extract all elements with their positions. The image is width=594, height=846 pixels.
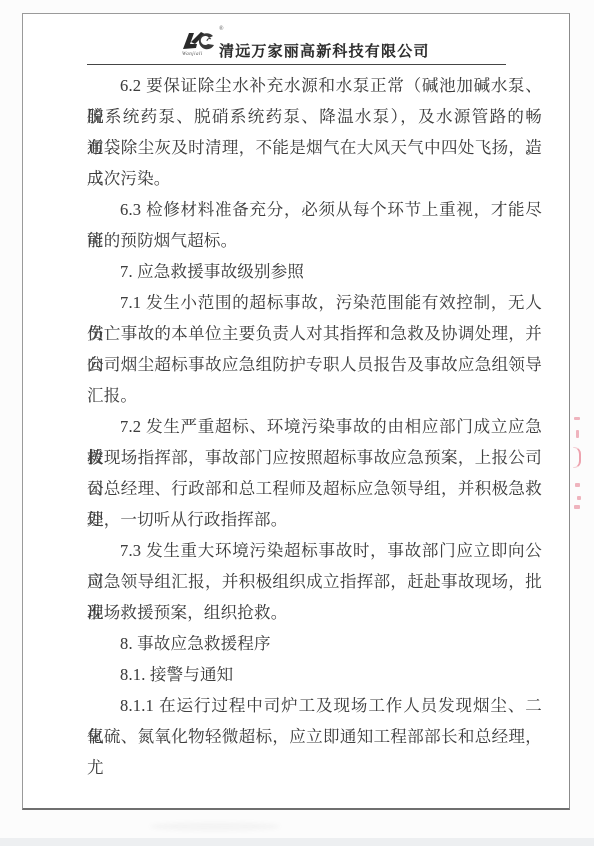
text-line: 应急领导组汇报，并积极组织成立指挥部，赶赴事故现场，批准 [87,566,542,597]
registered-trademark-icon: ® [219,26,224,32]
text-line: 能的预防烟气超标。 [87,225,542,256]
document-page: Wanjiali ® 清远万家丽高新科技有限公司 6.2 要保证除尘水补充水源和… [22,13,570,810]
letterhead: Wanjiali ® 清远万家丽高新科技有限公司 [23,14,569,66]
text-line: 化硫、氮氧化物轻微超标，应立即通知工程部部长和总经理，尤 [87,721,542,752]
text-line: 伤亡事故的本单位主要负责人对其指挥和急救及协调处理，并向 [87,318,542,349]
text-line: 7. 应急救援事故级别参照 [87,256,542,287]
scanner-background-strip [0,838,594,846]
text-line: 6.2 要保证除尘水补充水源和水泵正常（碱池加碱水泵、脱 [87,70,542,101]
text-line: 硫系统药泵、脱硝系统药泵、降温水泵），及水源管路的畅通。 [87,101,542,132]
text-line: 公司烟尘超标事故应急组防护专职人员报告及事故应急组领导 [87,349,542,380]
logo-wordmark: Wanjiali [182,52,222,57]
text-line: 7.1 发生小范围的超标事故，污染范围能有效控制，无人员 [87,287,542,318]
company-name: 清远万家丽高新科技有限公司 [219,40,430,61]
text-line: 8. 事故应急救援程序 [87,628,542,659]
text-line: 布袋除尘灰及时清理，不能是烟气在大风天气中四处飞扬，造成 [87,132,542,163]
scan-smudge [150,822,280,831]
red-stamp-fragment [576,430,579,438]
text-line: 7.3 发生重大环境污染超标事故时，事故部门应立即向公司 [87,535,542,566]
red-stamp-fragment [574,505,580,509]
text-line: 7.2 发生严重超标、环境污染事故的由相应部门成立应急救 [87,411,542,442]
text-line: 理，一切听从行政指挥部。 [87,504,542,535]
text-line: 援现场指挥部，事故部门应按照超标事故应急预案，上报公司公 [87,442,542,473]
text-line: 二次污染。 [87,163,542,194]
text-line: 司总经理、行政部和总工程师及超标应急领导组，并积极急救处 [87,473,542,504]
red-stamp-fragment [574,417,580,420]
letterhead-divider [87,64,506,65]
text-line: 6.3 检修材料准备充分，必须从每个环节上重视，才能尽可 [87,194,542,225]
text-line: 现场救援预案，组织抢救。 [87,597,542,628]
scanned-document-capture: { "header": { "logo_text": "Wanjiali", "… [0,0,594,846]
text-line: 8.1.1 在运行过程中司炉工及现场工作人员发现烟尘、二氧 [87,690,542,721]
text-line: 汇报。 [87,380,542,411]
red-stamp-fragment [575,483,580,487]
document-body: 6.2 要保证除尘水补充水源和水泵正常（碱池加碱水泵、脱硫系统药泵、脱硝系统药泵… [87,70,542,752]
text-line: 8.1. 接警与通知 [87,659,542,690]
red-stamp-fragment [573,447,581,468]
red-stamp-fragment [577,496,581,500]
